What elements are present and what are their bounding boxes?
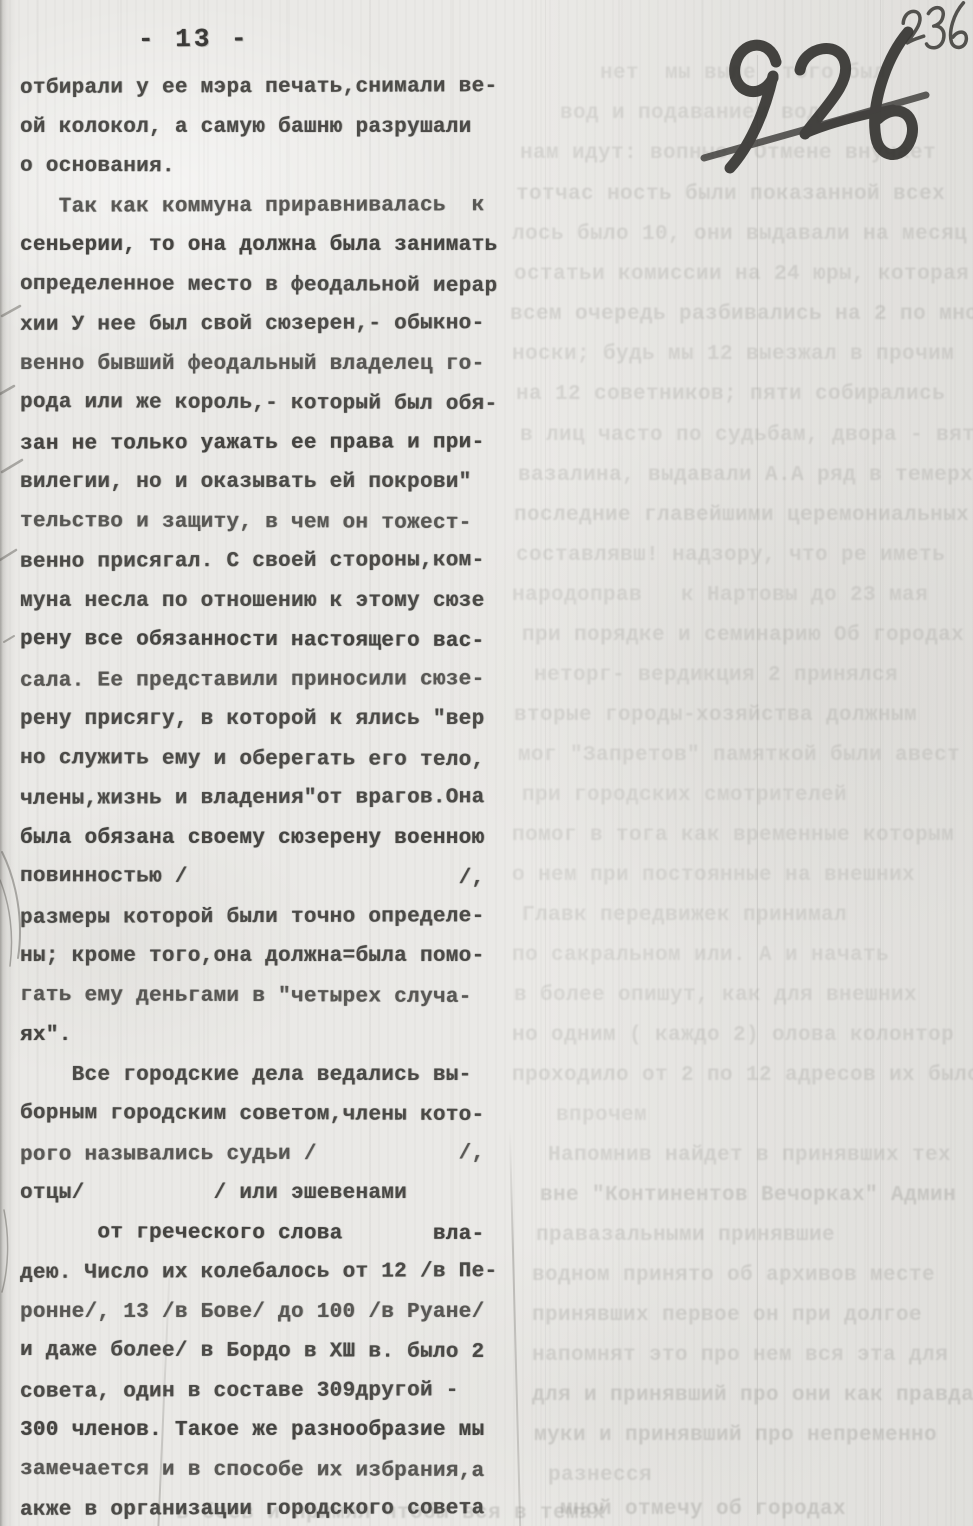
ghost-line: правазальными принявшие (536, 1224, 835, 1247)
typed-line: размеры которой были точно определе- (20, 905, 485, 930)
typed-line: но служить ему и оберегать его тело, (20, 746, 485, 771)
typed-line: тельство и защиту, в чем он тожест- (20, 510, 472, 535)
ghost-line: по сакральном или. А и начать (512, 944, 889, 967)
ghost-line: неторг- вердикция 2 принялся (534, 664, 898, 687)
ghost-line: при порядке и семинарию Об городах как (522, 624, 973, 647)
ghost-line: тотчас ность были показанной всех (516, 183, 945, 206)
ghost-line: Главк передвижек принимал (522, 904, 847, 927)
ghost-line: составлявш! надзору, что ре иметь (516, 544, 945, 567)
fold-crease (509, 1128, 521, 1526)
typed-line: о основания. (20, 155, 175, 179)
ghost-line: о нем при постоянные на внешних (512, 864, 915, 887)
ghost-line: впрочем (556, 1104, 647, 1127)
typed-line: повинностью / /, (20, 865, 485, 890)
typed-line: акже в организации городского совета (20, 1497, 485, 1522)
ghost-line: Напомнив найдет в принявших тех (548, 1144, 951, 1167)
ghost-line: разнесся (548, 1464, 652, 1487)
typed-line: Так как коммуна приравнивалась к (20, 194, 485, 219)
typed-line: дею. Число их колебалось от 12 /в Пе- (20, 1260, 497, 1285)
typed-line: рену присягу, в которой к ялись "вер (20, 708, 484, 731)
ghost-line: лось было 10, они выдавали на месяц (512, 223, 967, 246)
typed-line: ях". (20, 1024, 72, 1047)
ghost-line: муки и принявший про непременно (534, 1424, 937, 1447)
typed-line: рену все обязанности настоящего вас- (20, 628, 485, 653)
typed-line: вилегии, но и оказывать ей покрови" (20, 471, 472, 494)
page-number: - 13 - (138, 24, 250, 55)
handwritten-number-236-icon (893, 0, 973, 62)
ghost-line: при городских смотрителей (522, 784, 847, 807)
typed-line: рода или же король,- который был обя- (20, 391, 497, 416)
typed-line: определенное место в феодальной иерар (20, 272, 497, 297)
typed-line: была обязана своему сюзерену военною (20, 827, 484, 850)
typed-line: ой колокол, а самую башню разрушали (20, 116, 472, 139)
ghost-line: вазалина, выдавали А.А ряд в темерх (518, 464, 973, 487)
ghost-line: помог в тога как временные которым (512, 824, 954, 847)
ghost-line: на 12 советников; пяти собирались (516, 383, 945, 406)
ghost-line: проходило от 2 по 12 адресов их было (512, 1064, 973, 1087)
typed-line: и даже более/ в Бордо в ХШ в. было 2 (20, 1339, 485, 1364)
typed-line: ронне/, 13 /в Бове/ до 100 /в Руане/ (20, 1301, 484, 1324)
ghost-line: напомнят это про нем вся эта для (532, 1344, 948, 1367)
ghost-line: вне "Континентов Вечорках" Админ (540, 1184, 956, 1207)
typed-line: рого назывались судьи / /, (20, 1142, 485, 1167)
ghost-line: всем очередь разбивались на 2 по мно (510, 303, 973, 326)
typed-line: 300 членов. Такое же разнообразие мы (20, 1419, 484, 1442)
ghost-line: водном принято об архивов месте (532, 1264, 935, 1287)
typed-line: совета, один в составе 309другой - (20, 1379, 459, 1404)
ghost-line: народоправ к Нартовы до 23 мая (512, 584, 928, 607)
typed-line: замечается и в способе их избрания,а (20, 1457, 485, 1482)
ghost-line: для и принявший про они как правда (532, 1384, 973, 1407)
ghost-line: но одним ( каждо 2) олова колонтор (512, 1024, 954, 1047)
scanned-typescript-page: - 13 - нет мы выле того былвод и подаван… (0, 0, 973, 1526)
typed-line: ны; кроме того,она должна=была помо- (20, 945, 484, 968)
typed-line: борным городским советом,члены кото- (20, 1102, 485, 1127)
typed-line: венно бывший феодальный владелец го- (20, 353, 484, 376)
typed-line: отбирали у ее мэра печать,снимали ве- (20, 75, 497, 100)
typed-line: венно присягал. С своей стороны,ком- (20, 549, 485, 574)
ghost-line: носки; будь мы 12 выезжал в прочим (512, 343, 954, 366)
typed-line: сеньерии, то она должна была занимать (20, 234, 497, 257)
typed-line: муна несла по отношению к этому сюзе (20, 590, 484, 613)
typed-line: члены,жизнь и владения"от врагов.Она (20, 786, 485, 811)
ghost-line: последние главейшими церемониальных (514, 504, 969, 527)
typed-line: сала. Ее представили приносили сюзе- (20, 668, 485, 693)
typed-line: зан не только уажать ее права и при- (20, 431, 485, 456)
typed-line: отцы/ / или эшевенами (20, 1182, 407, 1205)
typed-line: хии У нее был свой сюзерен,- обыкно- (20, 312, 485, 337)
ghost-line: в лиц часто по судьбам, двора - вят (520, 424, 973, 447)
typed-line: от греческого слова вла- (20, 1220, 485, 1245)
ghost-line: принявших первое он при долгое (532, 1304, 922, 1327)
ghost-line: в более опишут, как для внешних (514, 984, 917, 1007)
ghost-line: остатьи комиссии на 24 юры, которая (514, 263, 969, 286)
typed-line: гать ему деньгами в "четырех случа- (20, 984, 472, 1009)
ghost-line: мог "Запретов" памяткой были авест (518, 744, 960, 767)
ghost-line: вторые городы-хозяйства должным (514, 704, 917, 727)
typed-line: Все городские дела ведались вы- (20, 1064, 472, 1087)
